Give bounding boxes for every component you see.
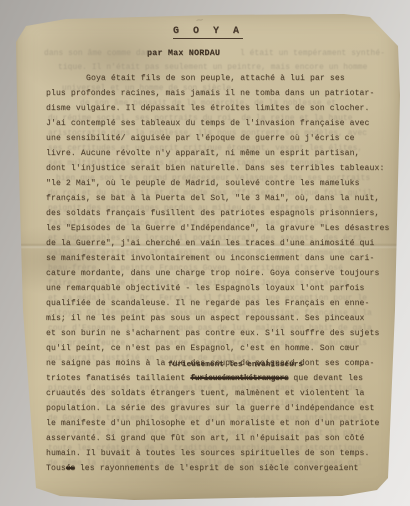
ghost-offset-text: tique. Il n'était pas seulement un peint… <box>58 63 367 72</box>
ghost-offset-text: nous révèle le sens véritable de son oeu… <box>48 429 367 438</box>
ghost-offset-text: ses multiplicités et des principes, port… <box>48 159 324 168</box>
ghost-offset-text: toute les créateurs de la tradition mona… <box>48 444 362 453</box>
ghost-offset-text: faire général de l'Académie des peintres… <box>48 279 348 288</box>
ghost-offset-text: de même la joie intime avec laquelle il … <box>48 459 362 468</box>
page-content: ~ G O Y A par Max NORDAU Goya était fils… <box>0 0 410 506</box>
ghost-offset-text: ses certitudes et un esprit critique éto… <box>48 144 362 153</box>
strikethrough-text: furieusémentkétrangers <box>190 374 288 383</box>
document-title-text: G O Y A <box>173 26 243 39</box>
ghost-offset-text: de son âme pensait de la monarchie, de l… <box>80 99 336 108</box>
ghost-offset-text: et sa médaille, le Dr. Ferrari, il fit a… <box>48 294 367 303</box>
ghost-offset-text: faisait la conscience et par le portrait… <box>48 219 328 228</box>
ghost-offset-text: pinceau d'apparat, entraîné malgré la no… <box>48 384 362 393</box>
ghost-offset-text: de Goya, le traitement de faveur qu'il a… <box>48 414 367 423</box>
ghost-offset-text: qui aurait justifié un sourire de raille… <box>48 354 256 363</box>
ghost-offset-text: du roi et du singe il et du monde des of… <box>48 189 372 198</box>
ghost-offset-text: son grand feutre, son écharpe à large fr… <box>48 339 367 348</box>
ghost-offset-text: aristocratie dans la noblesse, ils nous … <box>48 129 367 138</box>
document-title: G O Y A <box>0 26 410 37</box>
ghost-offset-text: peignit des personnages perdus au milieu… <box>48 204 348 213</box>
ghost-offset-text: citoyen Guillemardet, l'ambassadeur de l… <box>48 309 372 318</box>
ghost-offset-text: et indomptables que lorsqu'il portraitur… <box>48 234 367 243</box>
ghost-offset-text: l était un tempérament synthé- <box>240 49 385 58</box>
author-byline: par Max NORDAU <box>147 48 220 58</box>
ghost-offset-text: bien que son très grand prédécesseur Vel… <box>56 174 370 183</box>
pencil-mark: ~ <box>195 16 204 27</box>
ghost-offset-text: oeuvre et représentant de la Révolution … <box>48 399 367 408</box>
ghost-offset-text: cour d'Espagne, il ne se moque pas de lu… <box>48 324 372 333</box>
ghost-offset-text: beau-frère, le peintre François Goyen, l… <box>48 264 343 273</box>
ghost-offset-text: vains, des artistes, et en soi, des homm… <box>48 249 353 258</box>
ghost-offset-text: universel et un homme de son siècle. <box>62 84 236 93</box>
ghost-offset-text: dans son âme comme dans <box>44 49 155 58</box>
ghost-offset-text: du régime social, ses portraits du roi, … <box>48 114 353 123</box>
photo-backdrop: ~ G O Y A par Max NORDAU Goya était fils… <box>0 0 410 506</box>
